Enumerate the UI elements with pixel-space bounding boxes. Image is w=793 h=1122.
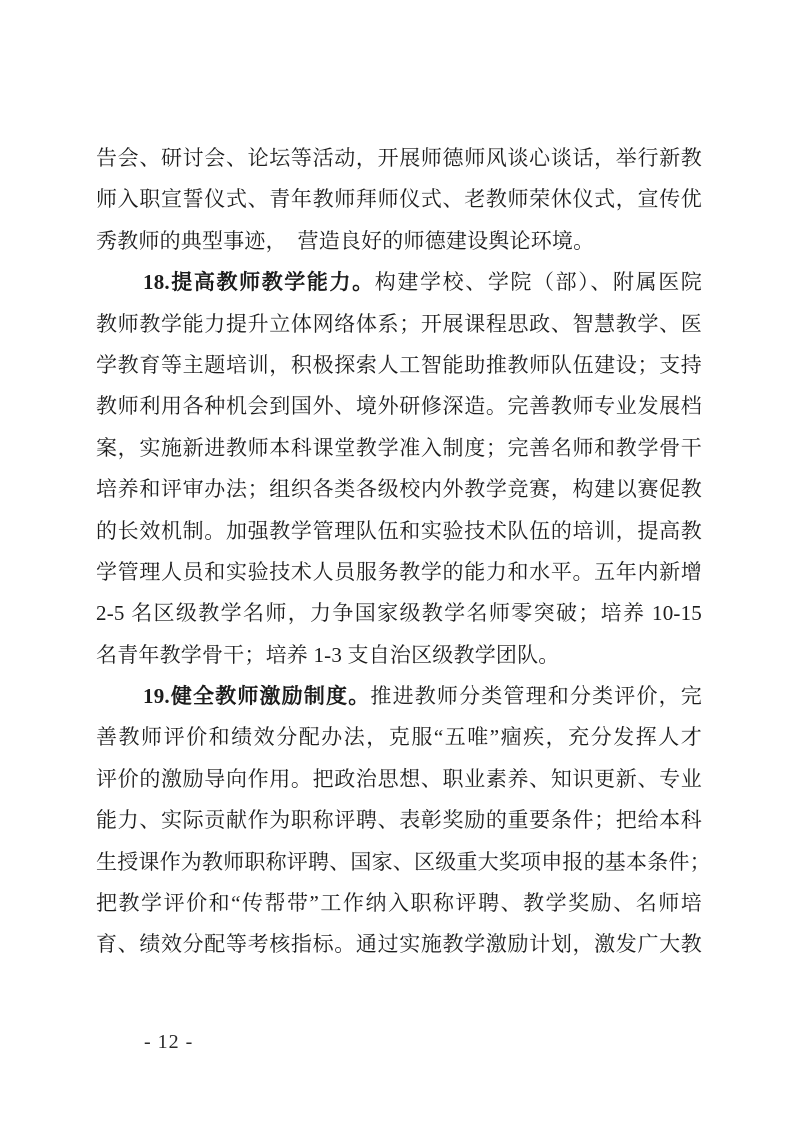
text-line: 告会、研讨会、论坛等活动，开展师德师风谈心谈话，举行新教 — [96, 138, 702, 179]
text-line: 学管理人员和实验技术人员服务教学的能力和水平。五年内新增 — [96, 552, 702, 593]
paragraph-continuation: 告会、研讨会、论坛等活动，开展师德师风谈心谈话，举行新教 师入职宣誓仪式、青年教… — [96, 138, 702, 262]
document-body: 告会、研讨会、论坛等活动，开展师德师风谈心谈话，举行新教 师入职宣誓仪式、青年教… — [96, 138, 702, 966]
text-line: 的长效机制。加强教学管理队伍和实验技术队伍的培训，提高教 — [96, 511, 702, 552]
section-18-heading: 18.提高教师教学能力。 — [143, 270, 375, 294]
text-line: 秀教师的典型事迹， 营造良好的师德建设舆论环境。 — [96, 221, 702, 262]
text-line: 育、绩效分配等考核指标。通过实施教学激励计划，激发广大教 — [96, 924, 702, 965]
footer-page-number: - 12 - — [144, 1031, 193, 1054]
text-line: 名青年教学骨干；培养 1-3 支自治区级教学团队。 — [96, 635, 702, 676]
section-19-text: 推进教师分类管理和分类评价，完 — [370, 684, 702, 708]
paragraph-section-19: 19.健全教师激励制度。推进教师分类管理和分类评价，完 善教师评价和绩效分配办法… — [96, 676, 702, 966]
text-line: 把教学评价和“传帮带”工作纳入职称评聘、教学奖励、名师培 — [96, 883, 702, 924]
document-page: 告会、研讨会、论坛等活动，开展师德师风谈心谈话，举行新教 师入职宣誓仪式、青年教… — [0, 0, 793, 1122]
text-line: 能力、实际贡献作为职称评聘、表彰奖励的重要条件；把给本科 — [96, 800, 702, 841]
text-line: 教师利用各种机会到国外、境外研修深造。完善教师专业发展档 — [96, 386, 702, 427]
text-line: 教师教学能力提升立体网络体系；开展课程思政、智慧教学、医 — [96, 304, 702, 345]
text-line: 师入职宣誓仪式、青年教师拜师仪式、老教师荣休仪式，宣传优 — [96, 179, 702, 220]
text-line: 培养和评审办法；组织各类各级校内外教学竞赛，构建以赛促教 — [96, 469, 702, 510]
text-line: 评价的激励导向作用。把政治思想、职业素养、知识更新、专业 — [96, 759, 702, 800]
text-line: 善教师评价和绩效分配办法，克服“五唯”痼疾，充分发挥人才 — [96, 717, 702, 758]
paragraph-section-18: 18.提高教师教学能力。构建学校、学院（部）、附属医院 教师教学能力提升立体网络… — [96, 262, 702, 676]
text-line: 2-5 名区级教学名师，力争国家级教学名师零突破；培养 10-15 — [96, 593, 702, 634]
text-line: 18.提高教师教学能力。构建学校、学院（部）、附属医院 — [96, 262, 702, 303]
section-19-heading: 19.健全教师激励制度。 — [143, 684, 370, 708]
text-line: 生授课作为教师职称评聘、国家、区级重大奖项申报的基本条件； — [96, 842, 702, 883]
text-line: 19.健全教师激励制度。推进教师分类管理和分类评价，完 — [96, 676, 702, 717]
text-line: 学教育等主题培训，积极探索人工智能助推教师队伍建设；支持 — [96, 345, 702, 386]
text-line: 案，实施新进教师本科课堂教学准入制度；完善名师和教学骨干 — [96, 428, 702, 469]
section-18-text: 构建学校、学院（部）、附属医院 — [375, 270, 702, 294]
